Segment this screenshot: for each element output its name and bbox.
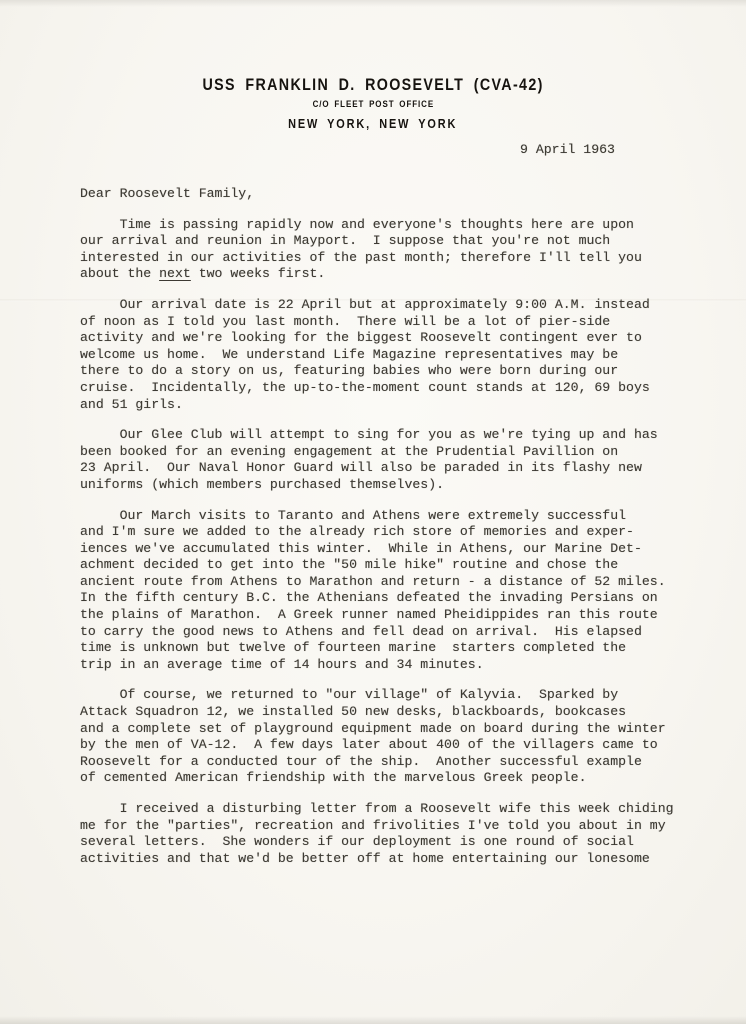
letter-line: achment decided to get into the "50 mile…	[80, 557, 674, 574]
letterhead-row: C/O FLEET POST OFFICE	[0, 94, 746, 111]
letter-line: been booked for an evening engagement at…	[80, 444, 674, 461]
letter-line: Time is passing rapidly now and everyone…	[80, 217, 674, 234]
letter-paragraphs: Time is passing rapidly now and everyone…	[80, 217, 674, 868]
letter-line: to carry the good news to Athens and fel…	[80, 624, 674, 641]
paragraph: Our March visits to Taranto and Athens w…	[80, 508, 674, 674]
letter-line: our arrival and reunion in Mayport. I su…	[80, 233, 674, 250]
salutation: Dear Roosevelt Family,	[80, 186, 674, 203]
letter-line: activity and we're looking for the bigge…	[80, 330, 674, 347]
letter-line: time is unknown but twelve of fourteen m…	[80, 640, 674, 657]
letter-line: Our Glee Club will attempt to sing for y…	[80, 427, 674, 444]
scan-edge-bottom	[0, 1016, 746, 1024]
letter-line: trip in an average time of 14 hours and …	[80, 657, 674, 674]
letter-line: of noon as I told you last month. There …	[80, 314, 674, 331]
letter-body: Dear Roosevelt Family, Time is passing r…	[80, 186, 674, 867]
letter-line: me for the "parties", recreation and fri…	[80, 818, 674, 835]
paragraph: I received a disturbing letter from a Ro…	[80, 801, 674, 867]
letter-line: welcome us home. We understand Life Maga…	[80, 347, 674, 364]
letter-line: the plains of Marathon. A Greek runner n…	[80, 607, 674, 624]
scan-edge-top	[0, 0, 746, 7]
letter-line: and 51 girls.	[80, 397, 674, 414]
letter-line: 23 April. Our Naval Honor Guard will als…	[80, 460, 674, 477]
letter-line: ancient route from Athens to Marathon an…	[80, 574, 674, 591]
paragraph: Time is passing rapidly now and everyone…	[80, 217, 674, 283]
letter-line: Roosevelt for a conducted tour of the sh…	[80, 754, 674, 771]
letter-line: of cemented American friendship with the…	[80, 770, 674, 787]
paragraph: Our Glee Club will attempt to sing for y…	[80, 427, 674, 493]
letter-line: Our arrival date is 22 April but at appr…	[80, 297, 674, 314]
letter-date: 9 April 1963	[520, 142, 615, 159]
letterhead-row: NEW YORK, NEW YORK	[0, 111, 746, 132]
letterhead-ship-name: USS FRANKLIN D. ROOSEVELT (CVA-42)	[202, 76, 543, 93]
letter-line: Of course, we returned to "our village" …	[80, 687, 674, 704]
letter-line: iences we've accumulated this winter. Wh…	[80, 541, 674, 558]
scanned-letter-page: { "page": { "paper_color": "#f8f6f1", "i…	[0, 0, 746, 1024]
letterhead-city-line: NEW YORK, NEW YORK	[288, 117, 457, 130]
paragraph: Our arrival date is 22 April but at appr…	[80, 297, 674, 413]
letter-line: and a complete set of playground equipme…	[80, 721, 674, 738]
letter-line: several letters. She wonders if our depl…	[80, 834, 674, 851]
letter-line: by the men of VA-12. A few days later ab…	[80, 737, 674, 754]
letter-line: and I'm sure we added to the already ric…	[80, 524, 674, 541]
letter-line: cruise. Incidentally, the up-to-the-mome…	[80, 380, 674, 397]
letterhead-row: USS FRANKLIN D. ROOSEVELT (CVA-42)	[0, 76, 746, 94]
letterhead-post-office-line: C/O FLEET POST OFFICE	[312, 100, 434, 110]
letter-line: uniforms (which members purchased themse…	[80, 477, 674, 494]
letter-line: I received a disturbing letter from a Ro…	[80, 801, 674, 818]
letter-line: In the fifth century B.C. the Athenians …	[80, 590, 674, 607]
letterhead: USS FRANKLIN D. ROOSEVELT (CVA-42) C/O F…	[0, 76, 746, 132]
letter-line: interested in our activities of the past…	[80, 250, 674, 267]
paragraph: Of course, we returned to "our village" …	[80, 687, 674, 787]
letter-line: about the next two weeks first.	[80, 266, 674, 283]
underlined-word: next	[159, 266, 191, 281]
letter-line: Attack Squadron 12, we installed 50 new …	[80, 704, 674, 721]
letter-line: activities and that we'd be better off a…	[80, 851, 674, 868]
letter-line: there to do a story on us, featuring bab…	[80, 363, 674, 380]
letter-line: Our March visits to Taranto and Athens w…	[80, 508, 674, 525]
